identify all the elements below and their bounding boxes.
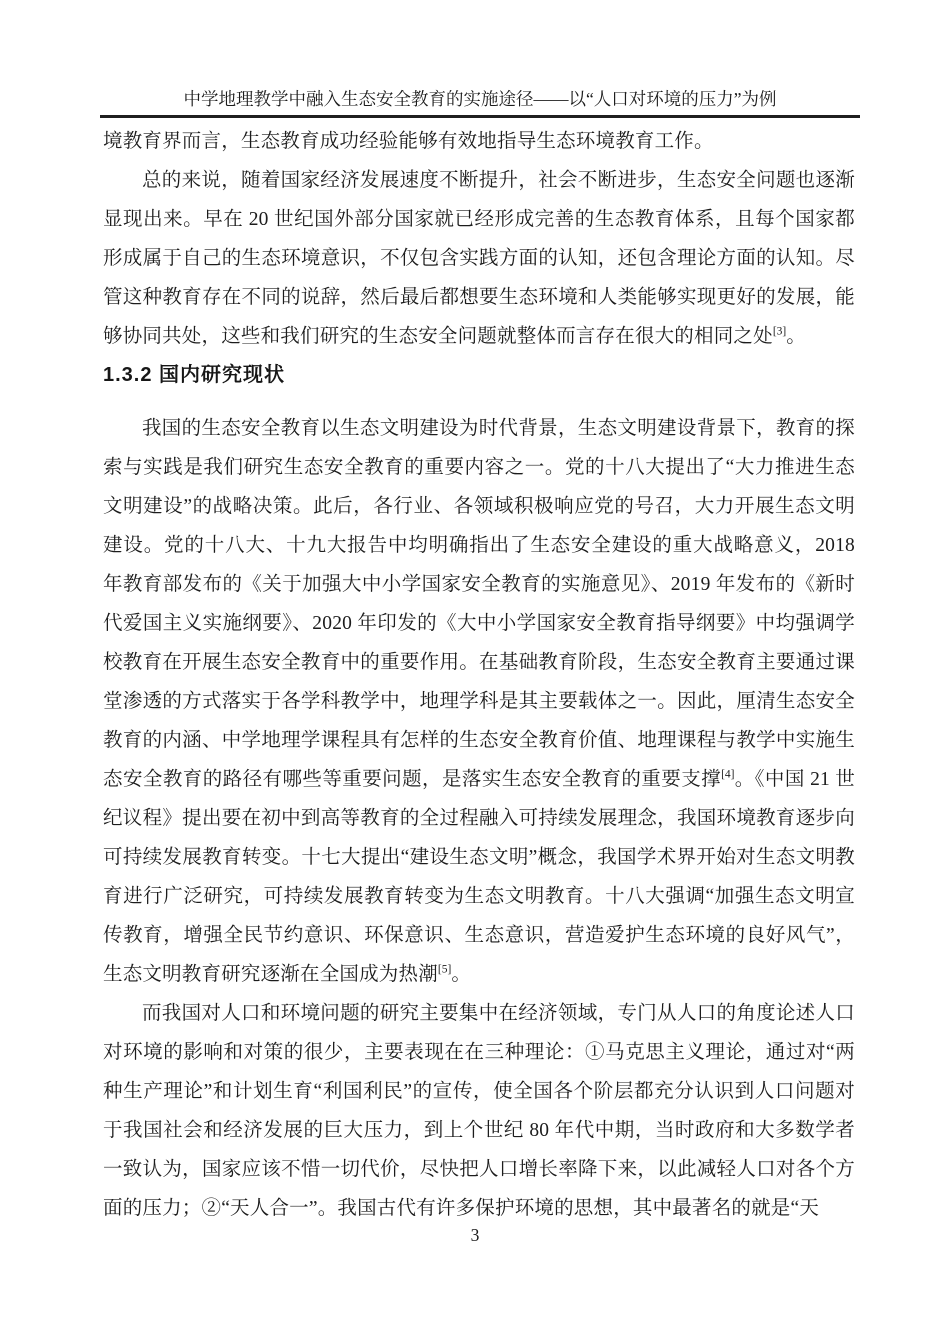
body-paragraph: 境教育界而言，生态教育成功经验能够有效地指导生态环境教育工作。 [103, 122, 855, 161]
body-paragraph: 总的来说，随着国家经济发展速度不断提升，社会不断进步，生态安全问题也逐渐显现出来… [103, 161, 855, 356]
document-body: 境教育界而言，生态教育成功经验能够有效地指导生态环境教育工作。总的来说，随着国家… [103, 122, 855, 1228]
body-paragraph: 我国的生态安全教育以生态文明建设为时代背景，生态文明建设背景下，教育的探索与实践… [103, 409, 855, 994]
header-rule [100, 115, 860, 118]
page-number: 3 [471, 1225, 480, 1245]
page-footer: 3 [0, 1222, 950, 1248]
running-head-title: 中学地理教学中融入生态安全教育的实施途径——以“人口对环境的压力”为例 [100, 86, 860, 112]
body-paragraph: 而我国对人口和环境问题的研究主要集中在经济领域，专门从人口的角度论述人口对环境的… [103, 994, 855, 1228]
document-page: 中学地理教学中融入生态安全教育的实施途径——以“人口对环境的压力”为例 境教育界… [0, 0, 950, 1344]
citation-ref: [3] [773, 326, 786, 338]
citation-ref: [5] [438, 964, 451, 976]
citation-ref: [4] [721, 769, 734, 781]
page-header: 中学地理教学中融入生态安全教育的实施途径——以“人口对环境的压力”为例 [100, 86, 860, 118]
section-heading: 1.3.2 国内研究现状 [103, 356, 855, 395]
